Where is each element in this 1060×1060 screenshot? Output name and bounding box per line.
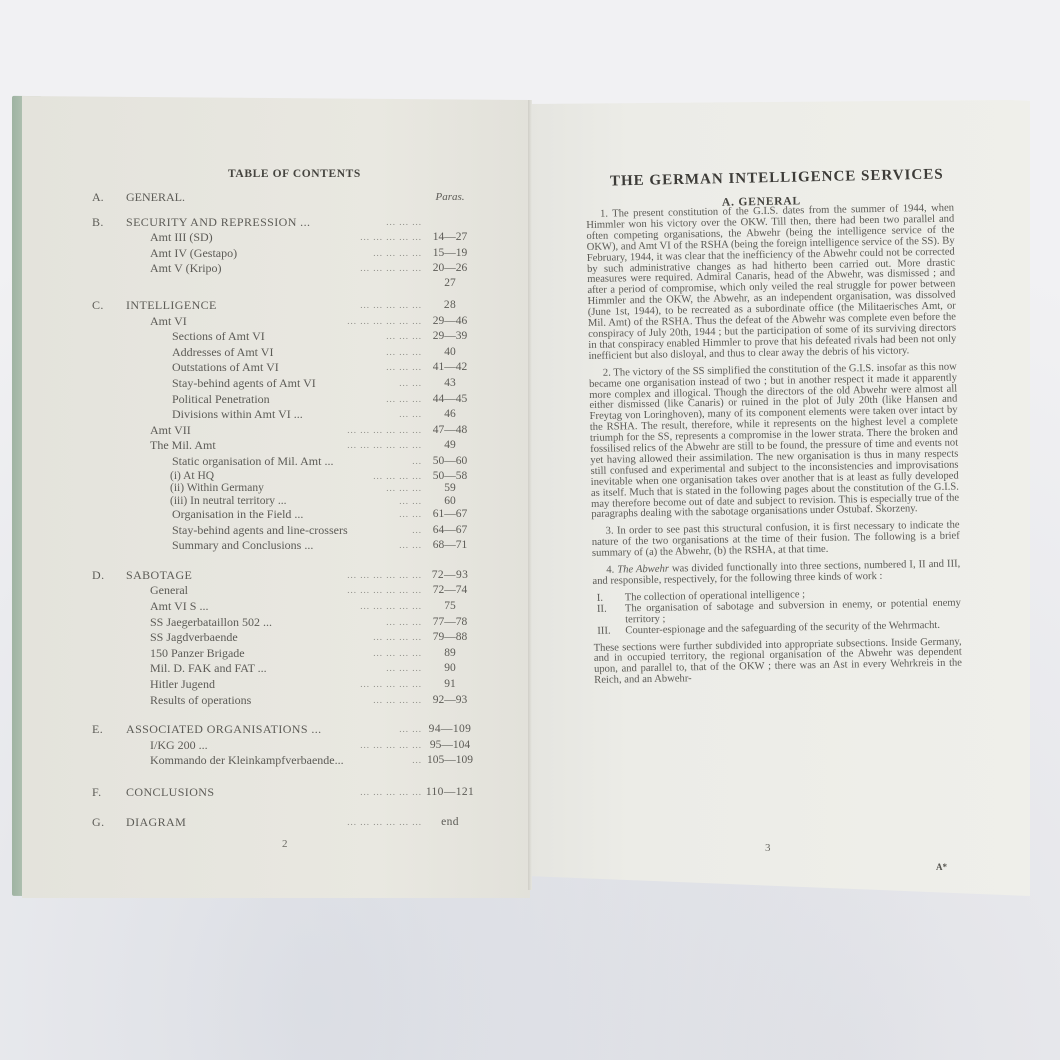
toc-leader: ... <box>92 454 422 470</box>
body-text: 1. The present constitution of the G.I.S… <box>586 204 962 694</box>
toc-leader: ... ... ... <box>92 482 422 495</box>
toc-leader: ... ... ... ... ... ... <box>92 314 422 330</box>
toc-leader: ... ... ... <box>92 360 422 376</box>
toc-row: Amt IV (Gestapo)... ... ... ...15—19 <box>92 246 482 262</box>
toc-paras: 60 <box>418 495 482 508</box>
toc-row: 27 <box>92 277 482 289</box>
toc-paras: 64—67 <box>418 523 482 539</box>
toc-paras: 91 <box>418 677 482 693</box>
toc-row: Kommando der Kleinkampfverbaende......10… <box>92 753 482 769</box>
toc-leader: ... ... ... ... <box>92 470 422 483</box>
toc-row: B.SECURITY AND REPRESSION ... ... ... ..… <box>92 215 482 231</box>
toc-leader: ... ... <box>92 495 422 508</box>
toc-paras: 15—19 <box>418 246 482 262</box>
toc-leader: ... ... ... <box>92 215 422 231</box>
toc-row: G.DIAGRAM ... ... ... ... ... ...end <box>92 815 482 831</box>
toc-leader: ... ... ... <box>92 661 422 677</box>
toc-leader: ... ... ... ... ... <box>92 599 422 615</box>
toc-row: Amt V (Kripo)... ... ... ... ...20—26 <box>92 261 482 277</box>
toc-paras: 41—42 <box>418 360 482 376</box>
toc-leader: ... ... ... ... ... ... <box>92 583 422 599</box>
toc-leader: ... ... <box>92 376 422 392</box>
toc-paras: 79—88 <box>418 630 482 646</box>
toc-row: Addresses of Amt VI... ... ...40 <box>92 345 482 361</box>
toc-row: General... ... ... ... ... ...72—74 <box>92 583 482 599</box>
toc-row: Static organisation of Mil. Amt ......50… <box>92 454 482 470</box>
toc-row: Outstations of Amt VI... ... ...41—42 <box>92 360 482 376</box>
toc-leader: ... ... ... ... <box>92 693 422 709</box>
printer-signature-mark: A* <box>936 862 947 872</box>
toc-paras: 72—93 <box>418 568 482 584</box>
paragraph-3: 3. In order to see past this structural … <box>592 521 961 560</box>
toc-paras: 89 <box>418 646 482 662</box>
toc-paras: 94—109 <box>418 722 482 738</box>
toc-row: Mil. D. FAK and FAT ...... ... ...90 <box>92 661 482 677</box>
toc-row: Stay-behind agents of Amt VI... ...43 <box>92 376 482 392</box>
toc-row: Amt III (SD)... ... ... ... ...14—27 <box>92 230 482 246</box>
toc-row: (ii) Within Germany... ... ...59 <box>92 482 482 495</box>
toc-leader: ... ... ... ... ... ... <box>92 815 422 831</box>
paragraph-1: 1. The present constitution of the G.I.S… <box>586 204 957 363</box>
table-of-contents: A.GENERAL. Paras. B.SECURITY AND REPRESS… <box>92 190 482 830</box>
toc-leader: ... ... <box>92 722 422 738</box>
toc-paras: 90 <box>418 661 482 677</box>
toc-title: TABLE OF CONTENTS <box>228 168 361 180</box>
toc-label: GENERAL. <box>126 190 185 204</box>
toc-paras: 49 <box>418 438 482 454</box>
toc-row: Amt VI S ...... ... ... ... ...75 <box>92 599 482 615</box>
toc-row: Divisions within Amt VI ...... ...46 <box>92 407 482 423</box>
toc-leader: ... <box>92 753 422 769</box>
toc-paras: 72—74 <box>418 583 482 599</box>
toc-row: The Mil. Amt... ... ... ... ... ...49 <box>92 438 482 454</box>
toc-row: I/KG 200 ...... ... ... ... ...95—104 <box>92 738 482 754</box>
book-gutter <box>528 100 532 890</box>
toc-paras: end <box>418 815 482 831</box>
numbered-list: I.The collection of operational intellig… <box>593 587 962 637</box>
toc-row: (i) At HQ... ... ... ...50—58 <box>92 470 482 483</box>
toc-paras: 59 <box>418 482 482 495</box>
toc-row: F.CONCLUSIONS ... ... ... ... ...110—121 <box>92 785 482 801</box>
paragraph-2: 2. The victory of the SS simplified the … <box>589 362 960 521</box>
toc-paras: 110—121 <box>418 785 482 801</box>
toc-leader: ... ... <box>92 407 422 423</box>
toc-leader: ... ... ... ... ... <box>92 298 422 314</box>
list-number: III. <box>593 626 625 637</box>
toc-row: Sections of Amt VI... ... ...29—39 <box>92 329 482 345</box>
toc-paras: 20—26 <box>418 261 482 277</box>
toc-leader: ... ... ... ... ... <box>92 261 422 277</box>
toc-leader: ... ... ... ... <box>92 630 422 646</box>
toc-row: Organisation in the Field ...... ...61—6… <box>92 507 482 523</box>
paragraph-number: 4. <box>606 565 617 576</box>
toc-row: Hitler Jugend... ... ... ... ...91 <box>92 677 482 693</box>
toc-row: Amt VI... ... ... ... ... ...29—46 <box>92 314 482 330</box>
toc-row: Results of operations... ... ... ...92—9… <box>92 693 482 709</box>
toc-paras: 29—39 <box>418 329 482 345</box>
toc-paras: 47—48 <box>418 423 482 439</box>
toc-leader: ... <box>92 523 422 539</box>
toc-paras: 68—71 <box>418 538 482 554</box>
toc-row: Stay-behind agents and line-crossers...6… <box>92 523 482 539</box>
toc-leader: ... ... <box>92 538 422 554</box>
paragraph-4: 4. The Abwehr was divided functionally i… <box>592 560 960 588</box>
toc-paras: 40 <box>418 345 482 361</box>
toc-row: E.ASSOCIATED ORGANISATIONS ... ... ...94… <box>92 722 482 738</box>
toc-leader: ... ... ... ... ... <box>92 230 422 246</box>
page-number-right: 3 <box>765 842 771 854</box>
toc-row: SS Jagdverbaende... ... ... ...79—88 <box>92 630 482 646</box>
toc-leader: ... ... <box>92 507 422 523</box>
toc-leader: ... ... ... <box>92 392 422 408</box>
toc-paras: 50—58 <box>418 470 482 483</box>
toc-leader: ... ... ... ... ... ... <box>92 568 422 584</box>
paras-header: Paras. <box>418 190 482 206</box>
list-number: II. <box>593 604 625 626</box>
toc-leader: ... ... ... ... ... <box>92 738 422 754</box>
toc-paras: 27 <box>418 277 482 289</box>
toc-row: 150 Panzer Brigade... ... ... ...89 <box>92 646 482 662</box>
toc-leader: ... ... ... <box>92 329 422 345</box>
toc-row: D.SABOTAGE ... ... ... ... ... ...72—93 <box>92 568 482 584</box>
toc-leader: ... ... ... ... <box>92 646 422 662</box>
toc-paras: 44—45 <box>418 392 482 408</box>
toc-row: Amt VII... ... ... ... ... ...47—48 <box>92 423 482 439</box>
toc-row: Summary and Conclusions ...... ...68—71 <box>92 538 482 554</box>
toc-leader: ... ... ... ... ... <box>92 677 422 693</box>
toc-row: A.GENERAL. Paras. <box>92 190 482 206</box>
toc-letter: A. <box>92 190 126 206</box>
toc-paras: 105—109 <box>418 753 482 769</box>
toc-paras: 46 <box>418 407 482 423</box>
toc-paras: 50—60 <box>418 454 482 470</box>
toc-row: C.INTELLIGENCE ... ... ... ... ...28 <box>92 298 482 314</box>
toc-paras: 95—104 <box>418 738 482 754</box>
toc-paras: 75 <box>418 599 482 615</box>
toc-leader: ... ... ... ... ... ... <box>92 423 422 439</box>
toc-leader: ... ... ... ... ... <box>92 785 422 801</box>
toc-leader: ... ... ... <box>92 345 422 361</box>
toc-paras: 77—78 <box>418 615 482 631</box>
toc-paras: 29—46 <box>418 314 482 330</box>
toc-paras: 92—93 <box>418 693 482 709</box>
toc-row: Political Penetration... ... ...44—45 <box>92 392 482 408</box>
toc-paras: 43 <box>418 376 482 392</box>
toc-paras: 14—27 <box>418 230 482 246</box>
toc-leader: ... ... ... ... ... ... <box>92 438 422 454</box>
toc-row: (iii) In neutral territory ...... ...60 <box>92 495 482 508</box>
toc-leader: ... ... ... ... <box>92 246 422 262</box>
page-number-left: 2 <box>282 838 288 850</box>
toc-paras: 28 <box>418 298 482 314</box>
paragraph-closing: These sections were further subdivided i… <box>594 637 963 687</box>
toc-leader: ... ... ... <box>92 615 422 631</box>
toc-paras: 61—67 <box>418 507 482 523</box>
toc-row: SS Jaegerbataillon 502 ...... ... ...77—… <box>92 615 482 631</box>
